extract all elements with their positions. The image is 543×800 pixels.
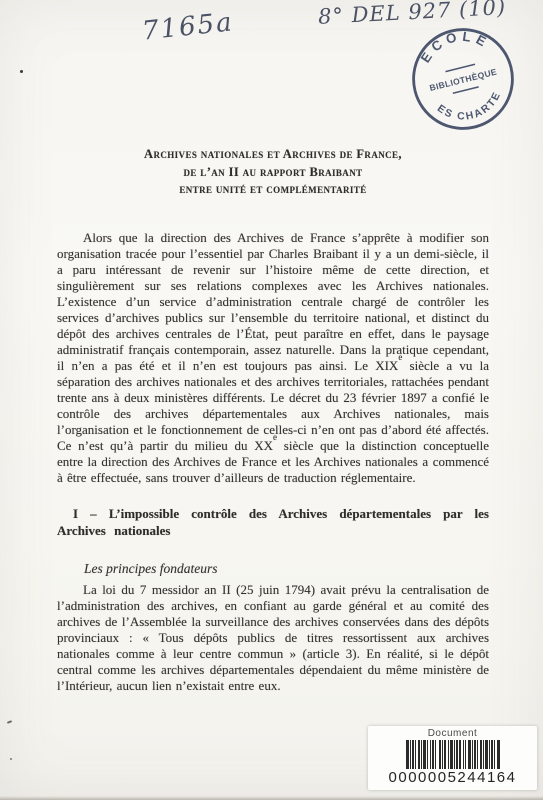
scanned-page: 7165a 8° DEL 927 (10) ECOLE BIBLIOTHÈQUE… bbox=[0, 0, 543, 800]
barcode-bars-icon bbox=[406, 740, 500, 769]
title-line-2: de l’an II au rapport Braibant bbox=[57, 164, 489, 182]
century-superscript: e bbox=[273, 432, 277, 442]
century-superscript: e bbox=[398, 352, 402, 362]
barcode-label: Document bbox=[428, 728, 478, 739]
stamp-upper-rule bbox=[445, 64, 474, 71]
svg-text:ECOLE: ECOLE bbox=[413, 21, 495, 68]
scan-speck bbox=[20, 70, 23, 73]
scan-edge-shadow bbox=[0, 796, 543, 800]
title-line-1: Archives nationales et Archives de Franc… bbox=[57, 146, 489, 164]
stamp-middle-text: BIBLIOTHÈQUE bbox=[428, 66, 498, 93]
library-stamp-icon: ECOLE BIBLIOTHÈQUE DES CHARTES bbox=[394, 10, 532, 148]
scan-speck bbox=[10, 758, 12, 760]
paragraph-2: La loi du 7 messidor an II (25 juin 1794… bbox=[57, 582, 489, 694]
section-heading: I – L’impossible contrôle des Archives d… bbox=[57, 505, 489, 540]
barcode-number: 0000005244164 bbox=[389, 769, 517, 786]
subsection-heading: Les principes fondateurs bbox=[84, 561, 489, 577]
paragraph-1: Alors que la direction des Archives de F… bbox=[57, 230, 489, 486]
article-title: Archives nationales et Archives de Franc… bbox=[57, 146, 489, 199]
handwritten-accession-number: 7165a bbox=[141, 7, 235, 46]
scan-speck bbox=[7, 720, 12, 724]
title-line-3: entre unité et complémentarité bbox=[57, 181, 489, 199]
barcode-sticker: Document 0000005244164 bbox=[368, 726, 537, 790]
text-column: Archives nationales et Archives de Franc… bbox=[57, 146, 489, 694]
stamp-top-text: ECOLE bbox=[413, 21, 495, 68]
paragraph-1-text: Alors que la direction des Archives de F… bbox=[57, 230, 489, 373]
stamp-lower-rule bbox=[453, 87, 479, 93]
